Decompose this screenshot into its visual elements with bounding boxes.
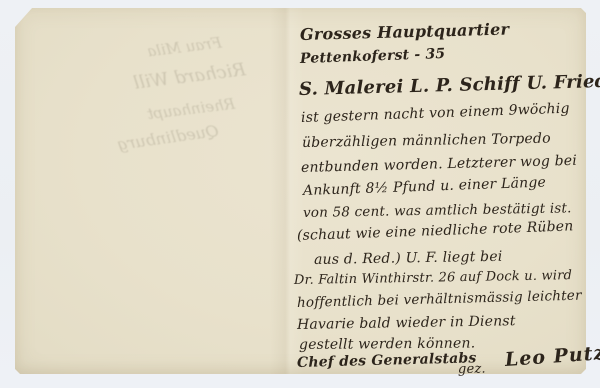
bleed-through-line: Rheinhaupt <box>146 95 236 124</box>
photo-background: Frau Mila Richard Will Rheinhaupt Quedli… <box>0 0 600 388</box>
bleed-through-line: Richard Will <box>132 59 247 94</box>
signed-abbreviation: gez. <box>458 362 486 377</box>
bleed-through-line: Quedlinburg <box>116 121 220 154</box>
bleed-through-line: Frau Mila <box>146 34 222 61</box>
letter-body-line: aus d. Red.) U. F. liegt bei <box>314 249 503 268</box>
